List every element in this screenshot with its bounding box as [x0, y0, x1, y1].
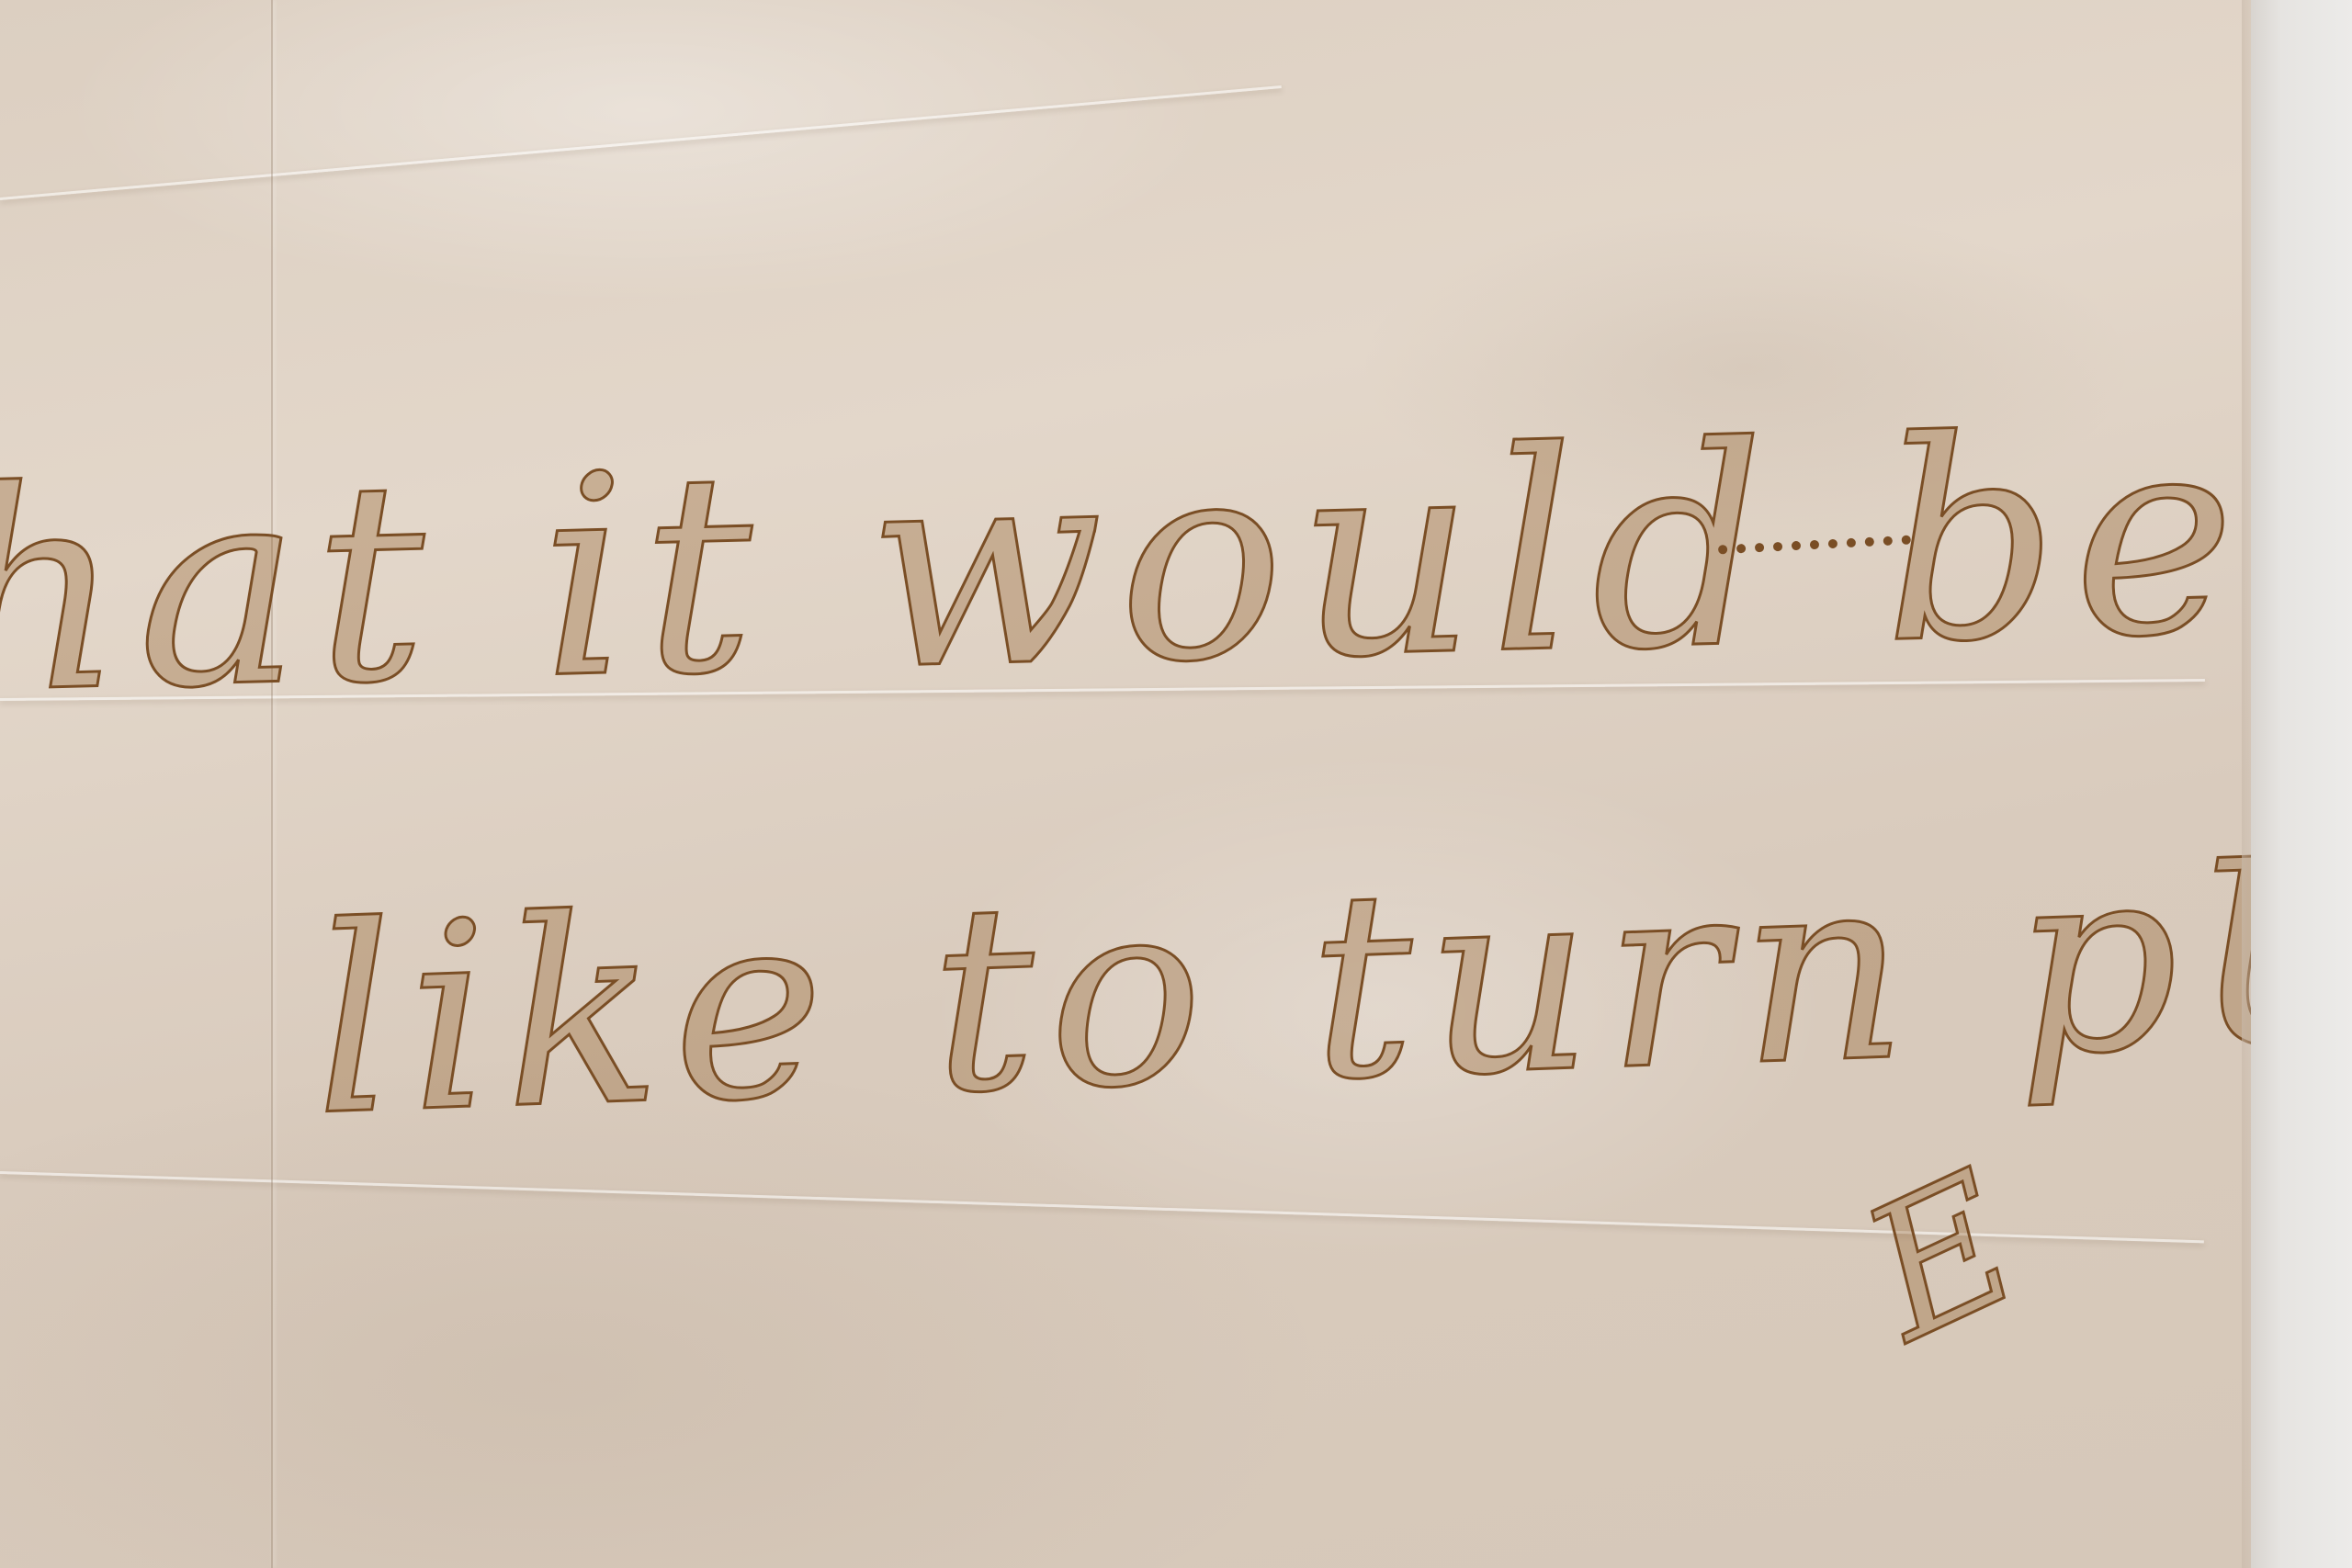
falling-letter-e: E	[1836, 1128, 2056, 1382]
paper-fold-top	[0, 85, 1282, 200]
handwritten-line-1: hat it would be	[0, 374, 2254, 755]
wall-background	[2251, 0, 2352, 1568]
paper-vertical-crease	[271, 0, 273, 1568]
paper-sheet: hat it would be like to turn pURPL E	[0, 0, 2256, 1568]
handwritten-line-2: like to turn pURPL	[308, 780, 2352, 1173]
